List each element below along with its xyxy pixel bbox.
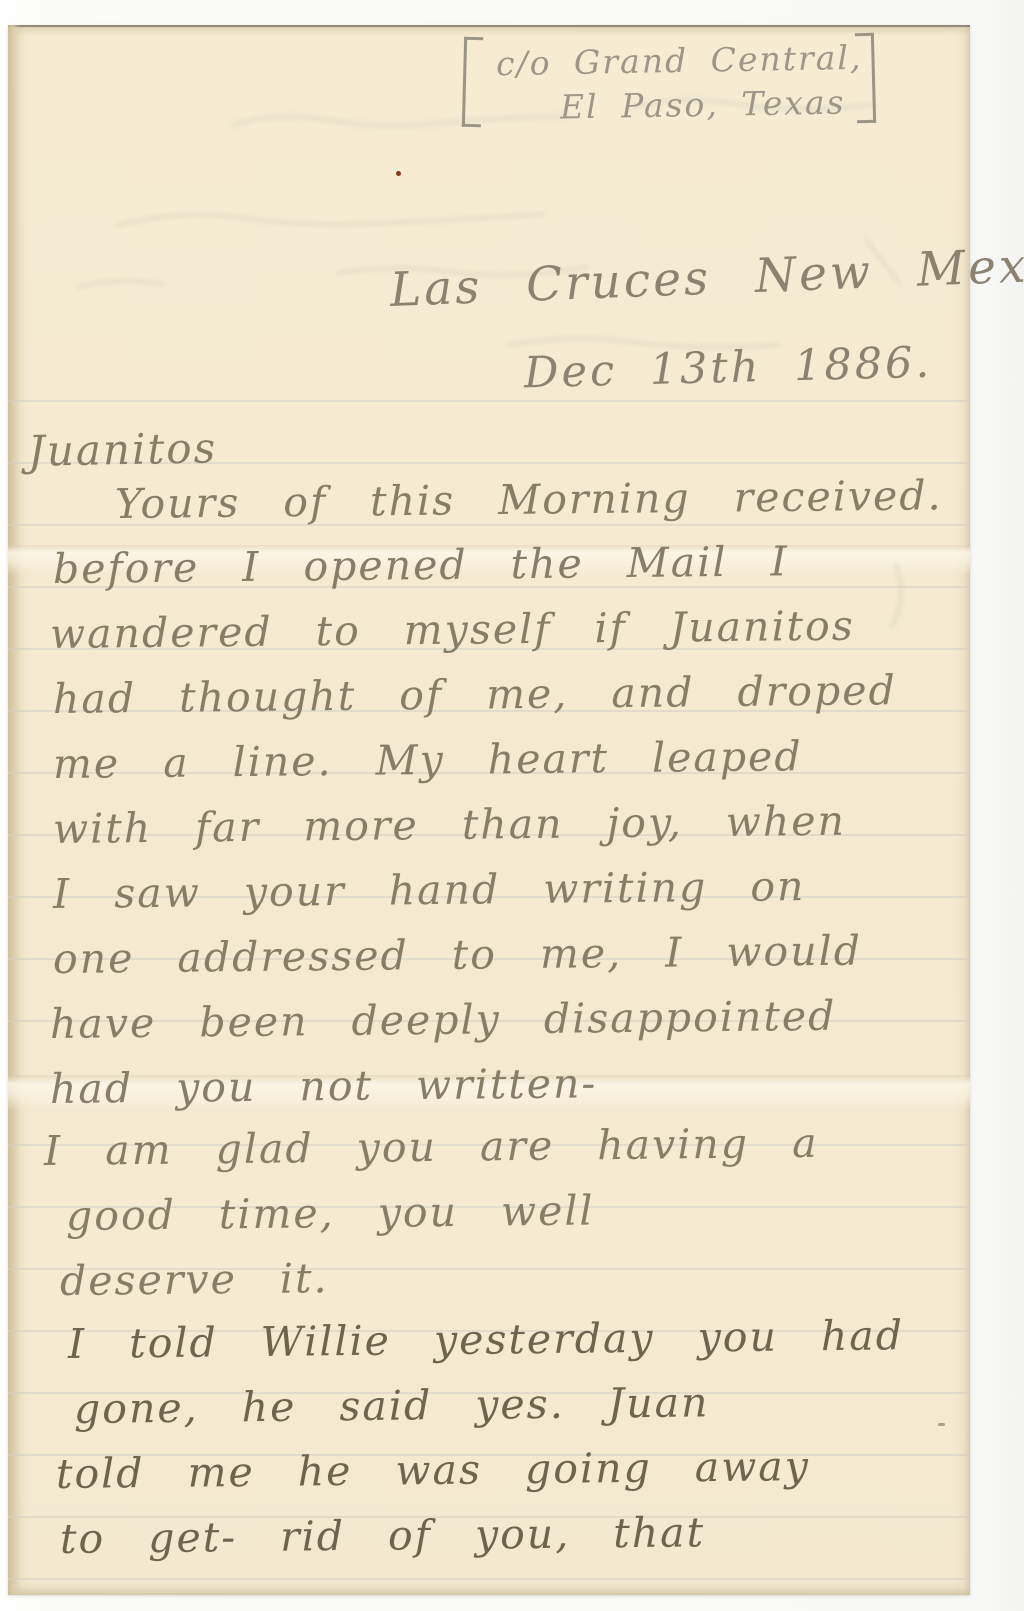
body-line: wandered to myself if Juanitos: [50, 593, 855, 667]
body-line: told me he was going away: [56, 1433, 811, 1507]
fold-crease-upper: [8, 545, 970, 575]
care-of-line-1: c/o Grand Central,: [496, 38, 863, 83]
ruled-lines: [8, 400, 970, 1595]
body-line: one addressed to me, I would: [53, 918, 863, 992]
body-line: have been deeply disappointed: [50, 983, 837, 1057]
body-line: before I opened the Mail I: [53, 528, 789, 602]
care-of-line-2: El Paso, Texas: [560, 83, 846, 127]
body-line: to get- rid of you, that: [60, 1499, 706, 1572]
body-line: with far more than joy, when: [53, 788, 847, 862]
scan-background: c/o Grand Central, El Paso, Texas Las Cr…: [0, 0, 1024, 1611]
body-line: deserve it.: [60, 1245, 329, 1314]
body-line: good time, you well: [66, 1177, 595, 1249]
body-line: I saw your hand writing on: [53, 853, 806, 927]
open-bracket-mark: [462, 37, 483, 127]
salutation: Juanitos: [28, 423, 218, 475]
letter-page: c/o Grand Central, El Paso, Texas Las Cr…: [8, 25, 970, 1595]
fold-crease-lower: [8, 1075, 970, 1111]
body-line: gone, he said yes. Juan: [74, 1369, 710, 1442]
body-line: me a line. My heart leaped: [53, 723, 803, 797]
paper-fold-edge: [8, 25, 22, 1595]
paper-blemish: [938, 1423, 945, 1426]
body-line: had you not written-: [50, 1050, 598, 1122]
ghost-show-through: [8, 25, 970, 1595]
body-line: I am glad you are having a: [44, 1110, 819, 1184]
body-line: had thought of me, and droped: [53, 657, 897, 732]
date-line: Dec 13th 1886.: [523, 338, 932, 399]
body-line: Yours of this Morning received.: [115, 462, 943, 537]
place-line: Las Cruces New Mexico: [389, 235, 1024, 317]
close-bracket-mark: [855, 33, 876, 123]
ink-speck: [396, 171, 401, 176]
body-line: I told Willie yesterday you had: [68, 1302, 905, 1377]
